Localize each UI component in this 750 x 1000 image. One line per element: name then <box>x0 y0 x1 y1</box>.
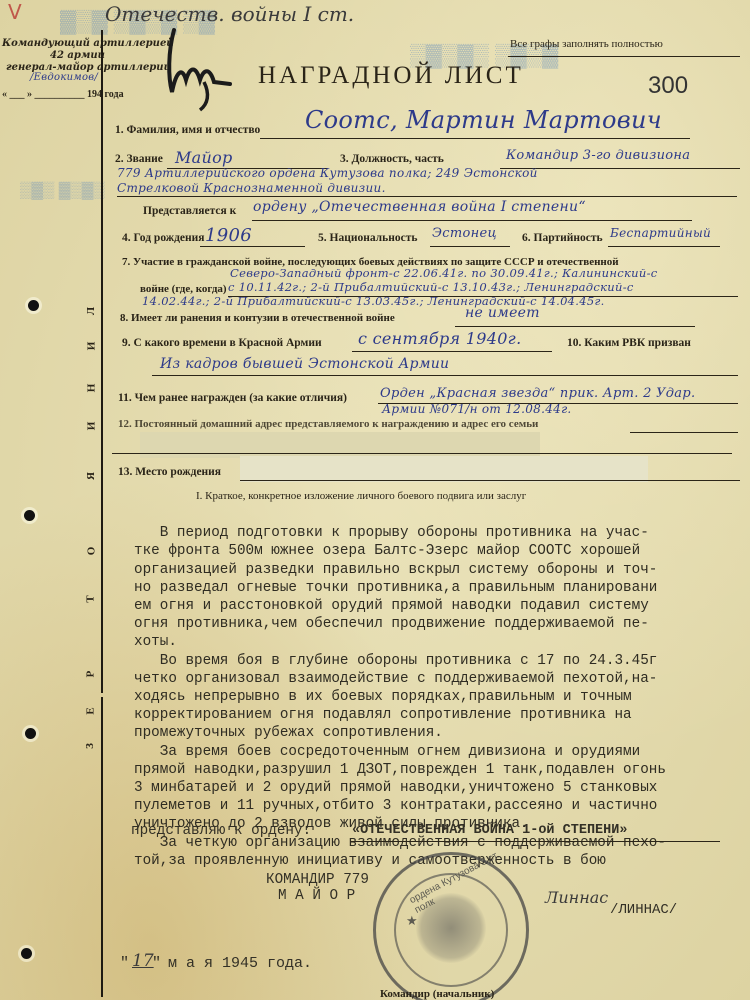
field-1-value: Соотс, Мартин Мартович <box>305 106 662 134</box>
field-13-label: 13. Место рождения <box>118 466 221 478</box>
field-8-label: 8. Имеет ли ранения и контузии в отечест… <box>120 312 395 324</box>
section-heading: I. Краткое, конкретное изложение личного… <box>196 490 526 502</box>
commander-label: Командир (начальник) <box>380 988 494 1000</box>
field-7-value-line1: Северо-Западный фронт-с 22.06.41г. по 30… <box>230 266 658 280</box>
narrative-line: прямой наводки,разрушил 1 ДЗОТ,поврежден… <box>134 761 744 779</box>
field-11-value-line2: Армии №071/н от 12.08.44г. <box>382 402 572 416</box>
cut-line-letter: О <box>85 547 97 556</box>
field-5-value: Эстонец <box>432 226 497 241</box>
field-13-underline <box>240 480 740 481</box>
cut-line-letter: Р <box>84 671 96 678</box>
punch-hole <box>25 728 36 739</box>
narrative-line: организацией разведки правильно вскрыл с… <box>134 561 744 579</box>
seal-star-icon: ★ <box>406 913 418 929</box>
field-12-label: 12. Постоянный домашний адрес представля… <box>118 418 538 430</box>
narrative-line: но разведал огневые точки противника,а п… <box>134 579 744 597</box>
narrative-line: четко организовал взаимодействие с подде… <box>134 670 744 688</box>
field-10-underline <box>152 375 738 376</box>
field-11-value-line1: Орден „Красная звезда“ прик. Арт. 2 Удар… <box>380 386 695 401</box>
field-5-label: 5. Национальность <box>318 232 417 244</box>
field-3-value-line1: Командир 3-го дивизиона <box>506 148 690 163</box>
approval-line-4: /Евдокимов/ <box>30 72 98 83</box>
signer-title: КОМАНДИР 779 <box>266 872 369 888</box>
date-quote-close: " <box>152 955 161 972</box>
narrative-line: 3 минбатарей и 2 орудий прямой наводки,у… <box>134 779 744 797</box>
field-5-underline <box>430 246 510 247</box>
cut-line-letter: Н <box>85 384 97 393</box>
field-12-underline <box>630 432 738 433</box>
narrative-line: За время боев сосредоточенным огнем диви… <box>134 743 744 761</box>
approval-line-2: 42 армии <box>50 50 105 61</box>
narrative-line: пулеметов и 11 ручных,отбито 3 контратак… <box>134 797 744 815</box>
margin-line-middle <box>101 368 103 693</box>
presented-label: Представляется к <box>143 205 236 217</box>
conclusion-underline <box>350 841 720 842</box>
conclusion-value: «ОТЕЧЕСТВЕННАЯ ВОЙНА 1-ой СТЕПЕНИ» <box>352 823 627 838</box>
narrative-line: промежуточных рубежах сопротивления. <box>134 724 744 742</box>
field-2-value: Майор <box>175 148 233 167</box>
narrative-line: ем огня и расстоновкой орудий прямой нав… <box>134 597 744 615</box>
signer-rank: М А Й О Р <box>278 888 355 904</box>
field-10-value: Из кадров бывшей Эстонской Армии <box>160 356 449 372</box>
approval-line-1: Командующий артиллерией <box>2 38 174 49</box>
punch-hole <box>24 510 35 521</box>
field-4-underline <box>200 246 305 247</box>
narrative-line: В период подготовки к прорыву обороны пр… <box>134 524 744 542</box>
field-12-underline-2 <box>112 453 732 454</box>
signature-scribble-icon <box>160 22 240 112</box>
field-3-value-line2: 779 Артиллерийского ордена Кутузова полк… <box>117 166 538 180</box>
red-check-mark: V <box>8 0 22 24</box>
conclusion-label: представляю к ордену: <box>131 823 311 839</box>
signer-signature: Линнас <box>545 888 608 907</box>
field-4-value: 1906 <box>205 225 252 246</box>
field-10-label: 10. Каким РВК призван <box>567 337 691 349</box>
field-8-value: не имеет <box>465 305 540 321</box>
presented-value: ордену „Отечественная война I степени“ <box>253 199 586 215</box>
field-1-label: 1. Фамилия, имя и отчество <box>115 124 260 136</box>
field-11-label: 11. Чем ранее награжден (за какие отличи… <box>118 392 347 404</box>
margin-line-lower <box>101 697 103 997</box>
field-6-value: Беспартийный <box>610 226 711 240</box>
narrative-line: хоты. <box>134 633 744 651</box>
page-title: НАГРАДНОЙ ЛИСТ <box>258 62 524 90</box>
faded-stamp-imprint: ▒▓▒ ▓▒▓▒ <box>20 182 105 200</box>
presented-underline <box>252 220 692 221</box>
field-9-label: 9. С какого времени в Красной Армии <box>122 337 322 349</box>
field-6-label: 6. Партийность <box>522 232 603 244</box>
sheet-number: 300 <box>648 72 688 100</box>
field-2-label: 2. Звание <box>115 153 163 165</box>
date-rest: м а я 1945 года. <box>168 955 312 972</box>
cut-line-letter: Т <box>85 595 97 602</box>
field-8-underline <box>455 326 695 327</box>
date-day: 17 <box>132 951 154 971</box>
field-3-underline-2 <box>117 196 737 197</box>
date-quote-open: " <box>120 955 129 972</box>
narrative-line: огня противника,чем обеспечил продвижени… <box>134 615 744 633</box>
cut-line-letter: Е <box>85 707 97 714</box>
field-6-underline <box>608 246 720 247</box>
redacted-address <box>140 432 540 458</box>
cut-line-letter: Л <box>85 307 97 315</box>
field-7-value-line2: с 10.11.42г.; 2-й Прибалтийский-с 13.10.… <box>228 280 634 294</box>
field-9-value: с сентября 1940г. <box>358 329 521 348</box>
header-note: Все графы заполнять полностью <box>510 38 663 50</box>
narrative-line: Во время боя в глубине обороны противник… <box>134 652 744 670</box>
punch-hole <box>28 300 39 311</box>
cut-line-letter: Я <box>85 472 97 480</box>
field-3-value-line3: Стрелковой Краснознаменной дивизии. <box>117 181 386 195</box>
margin-line-upper <box>101 30 103 370</box>
field-9-underline <box>352 351 552 352</box>
signer-name: /ЛИННАС/ <box>610 902 677 918</box>
field-1-underline <box>260 138 690 139</box>
redacted-birthplace <box>240 456 648 482</box>
approval-date-line: « ___ » __________ 194 года <box>2 89 124 100</box>
narrative-line: корректированием огня подавлял сопротивл… <box>134 706 744 724</box>
field-4-label: 4. Год рождения <box>122 232 205 244</box>
cut-line-letter: З <box>84 743 96 749</box>
official-seal: ордена Кутузова 3 ст. полк ★ <box>373 852 529 1000</box>
cut-line-letter: И <box>85 342 97 351</box>
header-note-underline <box>508 56 740 57</box>
cut-line-letter: И <box>85 422 97 431</box>
punch-hole <box>21 948 32 959</box>
narrative-line: ходясь непрерывно в их боевых порядках,п… <box>134 688 744 706</box>
field-3-label: 3. Должность, часть <box>340 153 444 165</box>
narrative-line: тке фронта 500м южнее озера Балтс-Эзерс … <box>134 542 744 560</box>
